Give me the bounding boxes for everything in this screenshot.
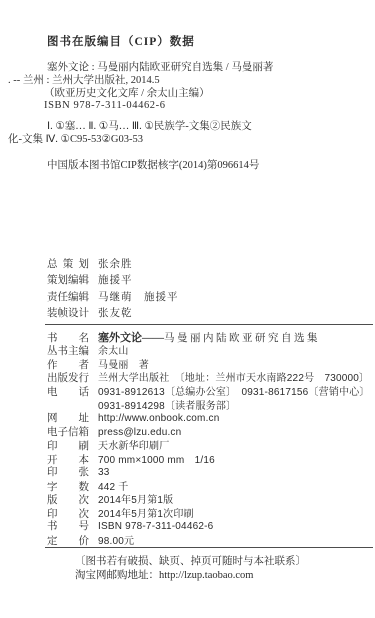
colophon-row-isbn: 书号 ISBN 978-7-311-04462-6 [0,518,375,532]
colophon-label: 定价 [47,533,89,548]
staff-credits-block: 总策划 张余胜 策划编辑 施援平 责任编辑 马继萌 施援平 装帧设计 张友乾 [0,256,375,322]
staff-row: 策划编辑 施援平 [0,272,375,289]
cip-series-line: （欧亚历史文化文库 / 余太山主编） [0,88,375,101]
colophon-row-printing: 印次 2014年5月第1次印刷 [0,505,375,519]
email-address: press@lzu.edu.cn [98,427,181,438]
divider-rule-bottom [45,547,373,548]
colophon-row-publisher: 出版发行 兰州大学出版社 〔地址：兰州市天水南路222号 730000〕 [0,369,375,383]
staff-row: 装帧设计 张友乾 [0,305,375,322]
staff-role-label: 装帧设计 [47,305,89,320]
taobao-address: 淘宝网邮购地址：http://lzup.taobao.com [75,569,375,584]
staff-role-label: 总策划 [47,256,89,271]
colophon-row-email: 电子信箱 press@lzu.edu.cn [0,424,375,438]
copyright-page: 图书在版编目（CIP）数据 塞外文论 : 马曼丽内陆欧亚研究自选集 / 马曼丽著… [0,0,375,618]
colophon-row-price: 定价 98.00元 [0,532,375,546]
cip-isbn-line: ISBN 978-7-311-04462-6 [0,100,375,113]
colophon-row-printer: 印刷 天水新华印刷厂 [0,437,375,451]
colophon-row-author: 作者 马曼丽 著 [0,356,375,370]
staff-role-label: 策划编辑 [47,272,89,287]
staff-name: 马继萌 施援平 [98,289,179,304]
cip-description-block: 塞外文论 : 马曼丽内陆欧亚研究自选集 / 马曼丽著 . -- 兰州 : 兰州大… [0,62,375,113]
colophon-label: 书号 [47,518,89,533]
staff-row: 责任编辑 马继萌 施援平 [0,289,375,306]
colophon-row-website: 网址 http://www.onbook.com.cn [0,410,375,424]
staff-name: 张友乾 [98,305,133,320]
classification-line: 化-文集 Ⅳ. ①C95-53②G03-53 [0,134,375,147]
colophon-label: 电子信箱 [47,424,89,439]
colophon-value: 0931-8914298〔读者服务部〕 [98,397,236,412]
staff-name: 张余胜 [98,256,133,271]
colophon-row-format: 开本 700 mm×1000 mm 1/16 [0,451,375,465]
damage-notice: 〔图书若有破损、缺页、掉页可随时与本社联系〕 [75,555,375,570]
isbn-number: ISBN 978-7-311-04462-6 [98,521,213,532]
classification-line: Ⅰ. ①塞… Ⅱ. ①马… Ⅲ. ①民族学-文集②民族文 [0,121,375,134]
website-url: http://www.onbook.com.cn [98,413,220,424]
colophon-value: 33 [98,467,110,478]
price: 98.00元 [98,532,134,547]
staff-row: 总策划 张余胜 [0,256,375,273]
divider-rule-top [45,324,373,325]
cip-publisher-line: . -- 兰州 : 兰州大学出版社, 2014.5 [0,75,375,88]
colophon-value: 2014年5月第1次印刷 [98,505,194,520]
colophon-block: 书名 塞外文论——马曼丽内陆欧亚研究自选集 丛书主编 余太山 作者 马曼丽 著 … [0,329,375,546]
colophon-row-wordcount: 字数 442 千 [0,478,375,492]
colophon-row-sheets: 印张 33 [0,464,375,478]
colophon-row-book-title: 书名 塞外文论——马曼丽内陆欧亚研究自选集 [0,329,375,343]
footer-block: 〔图书若有破损、缺页、掉页可随时与本社联系〕 淘宝网邮购地址：http://lz… [0,555,375,584]
colophon-label: 印张 [47,464,89,479]
colophon-row-edition: 版次 2014年5月第1版 [0,491,375,505]
cip-title-line: 塞外文论 : 马曼丽内陆欧亚研究自选集 / 马曼丽著 [0,62,375,75]
colophon-value: 700 mm×1000 mm 1/16 [98,451,215,466]
book-subtitle: 马曼丽内陆欧亚研究自选集 [164,330,320,345]
staff-name: 施援平 [98,272,133,287]
staff-role-label: 责任编辑 [47,289,89,304]
cip-record-number: 中国版本图书馆CIP数据核字(2014)第096614号 [0,157,375,172]
colophon-row-phone: 电话 0931-8912613〔总编办公室〕 0931-8617156〔营销中心… [0,383,375,397]
colophon-label: 电话 [47,384,89,399]
cip-header: 图书在版编目（CIP）数据 [0,0,375,49]
cip-classification-block: Ⅰ. ①塞… Ⅱ. ①马… Ⅲ. ①民族学-文集②民族文 化-文集 Ⅳ. ①C9… [0,121,375,147]
